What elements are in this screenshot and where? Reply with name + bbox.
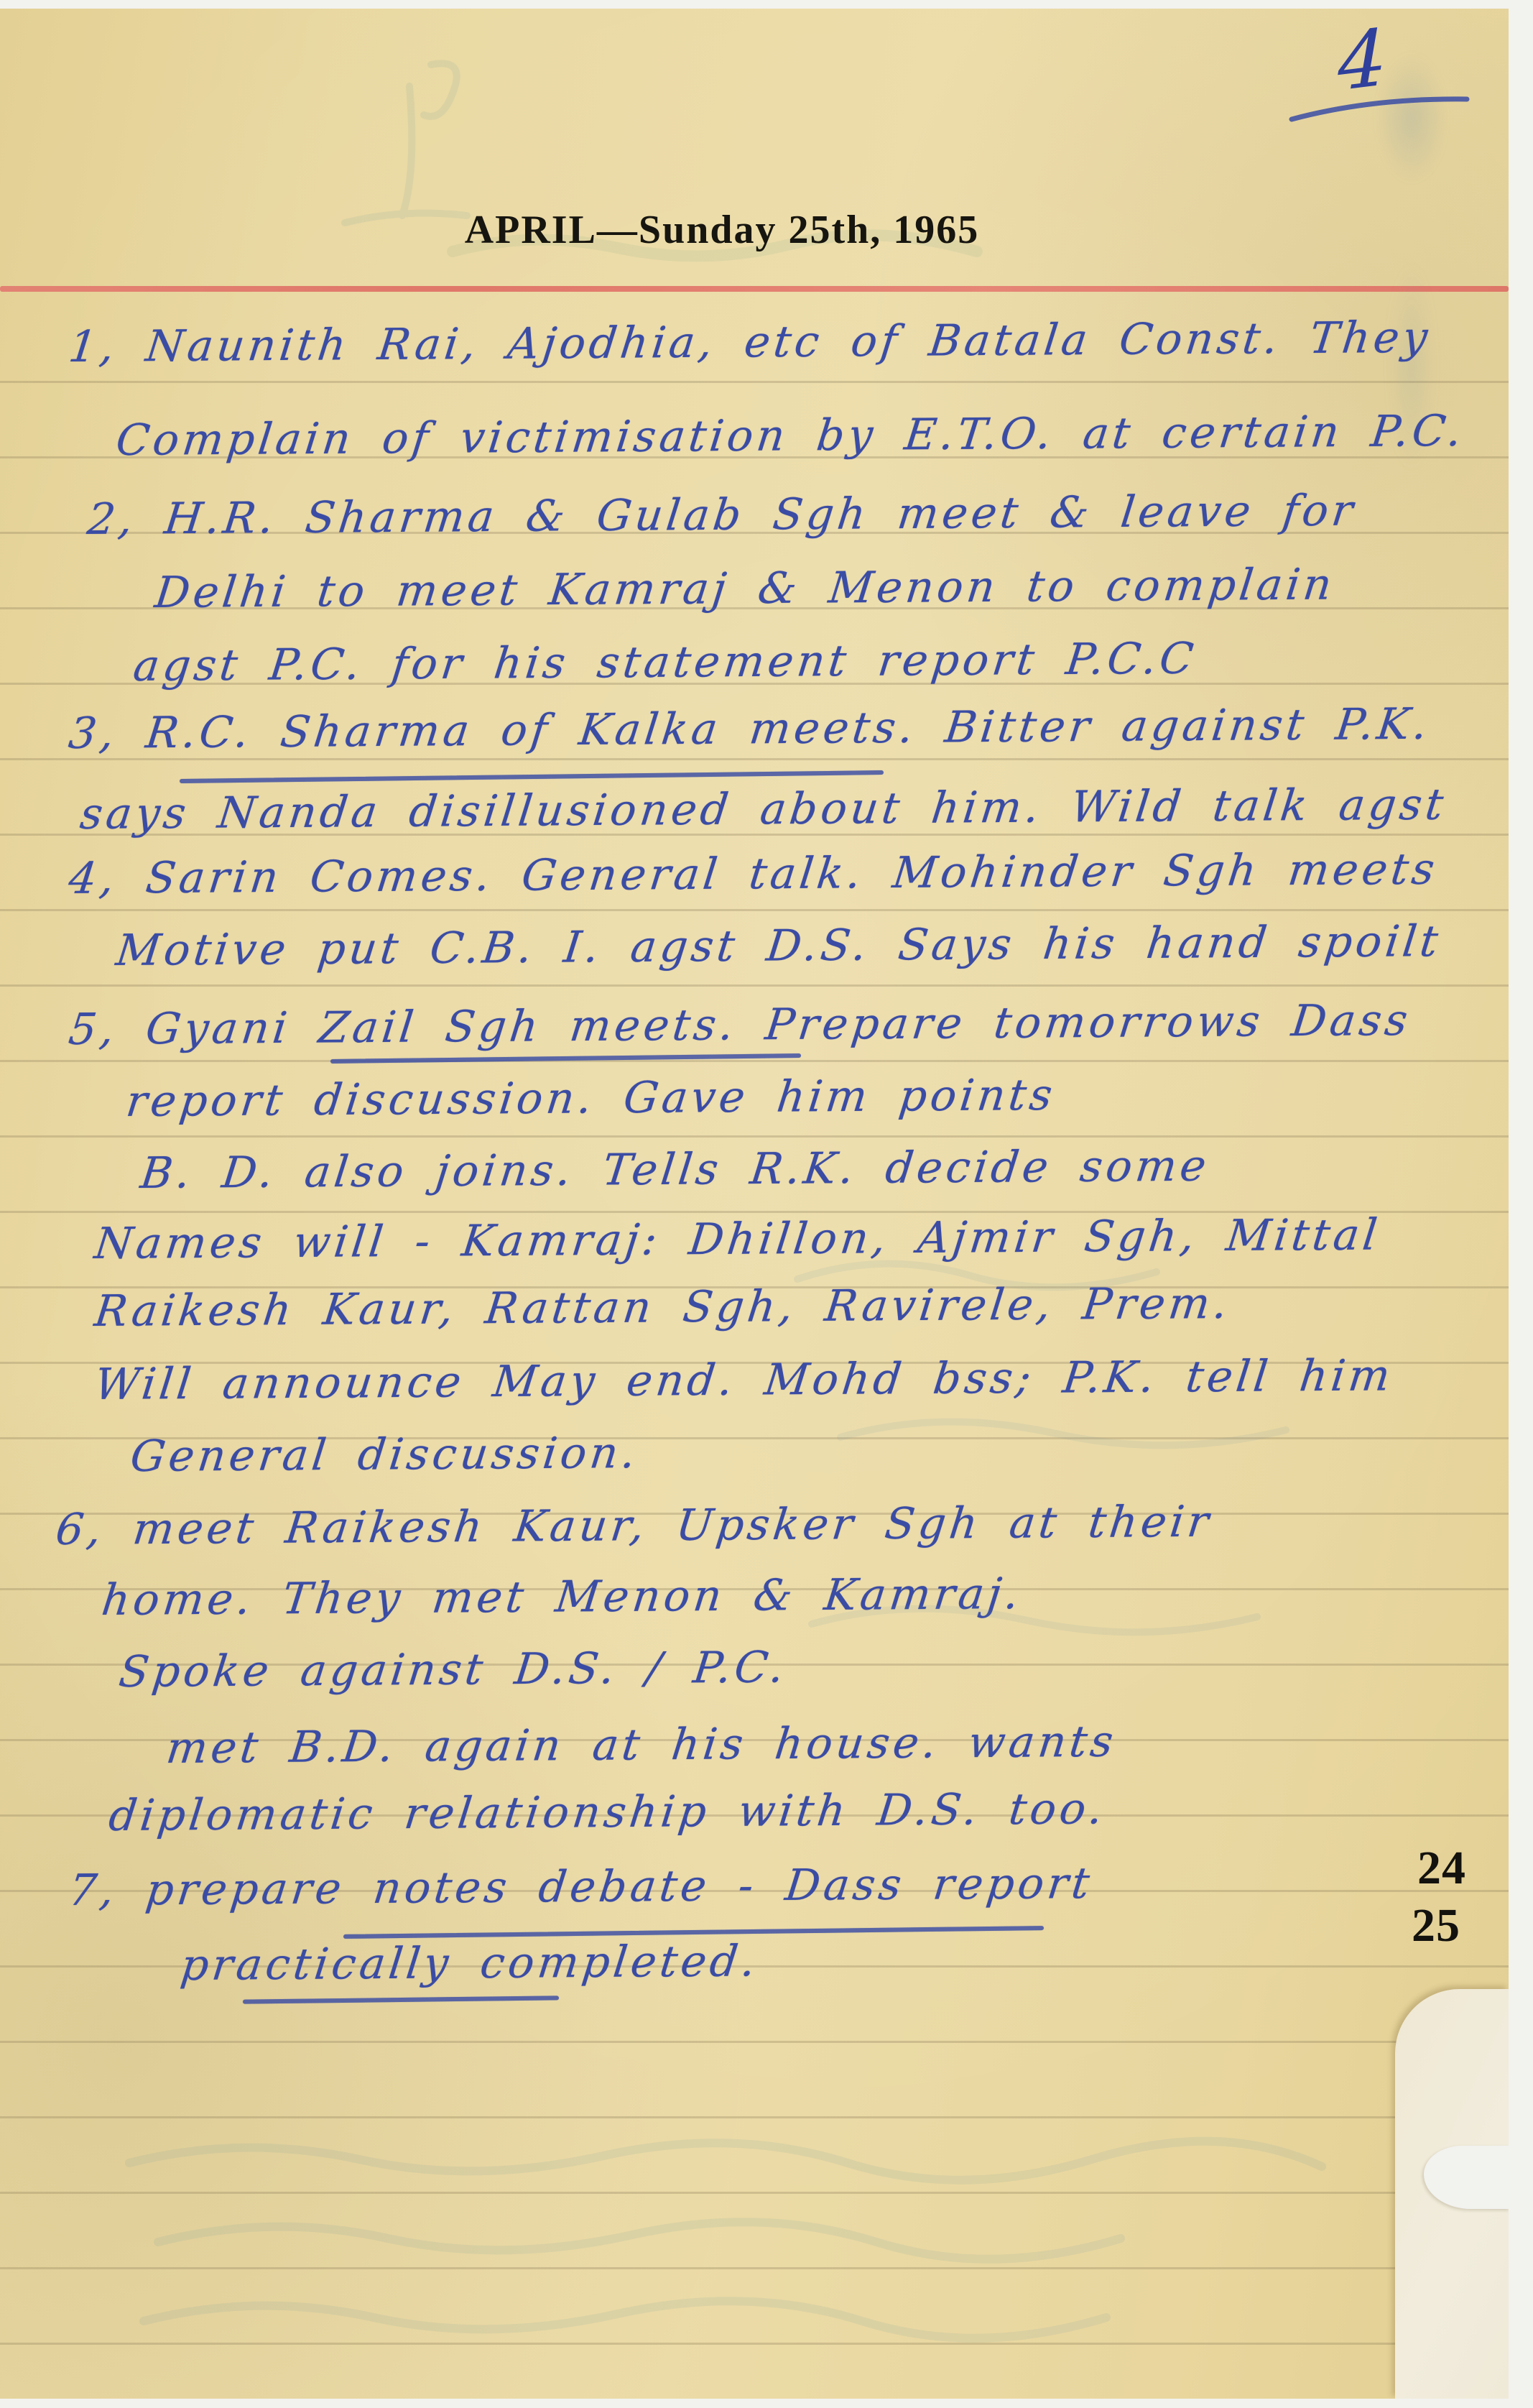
handwriting-line: B. D. also joins. Tells R.K. decide some: [138, 1141, 1212, 1199]
printed-page-number-25: 25: [1397, 1899, 1476, 1953]
handwriting-line: 1, Naunith Rai, Ajodhia, etc of Batala C…: [66, 313, 1434, 372]
handwriting-line: 7, prepare notes debate - Dass report: [66, 1858, 1096, 1916]
printed-date-header: APRIL—Sunday 25th, 1965: [0, 207, 1444, 253]
handwriting-line: 5, Gyani Zail Sgh meets. Prepare tomorro…: [66, 995, 1414, 1055]
printed-red-head-rule: [0, 286, 1509, 292]
handwriting-line: agst P.C. for his statement report P.C.C: [131, 634, 1200, 691]
handwriting-line: home. They met Menon & Kamraj.: [99, 1569, 1025, 1625]
handwriting-line: report discussion. Gave him points: [124, 1070, 1058, 1127]
handwriting-line: diplomatic relationship with D.S. too.: [106, 1784, 1108, 1841]
handwriting-line: Delhi to meet Kamraj & Menon to complain: [152, 560, 1338, 618]
handwriting-line: Names will - Kamraj: Dhillon, Ajmir Sgh,…: [92, 1210, 1383, 1269]
printed-page-number-24: 24: [1402, 1841, 1481, 1896]
handwriting-line: General discussion.: [128, 1428, 642, 1482]
handwriting-line: 2, H.R. Sharma & Gulab Sgh meet & leave …: [85, 486, 1359, 545]
handwriting-line: says Nanda disillusioned about him. Wild…: [78, 780, 1450, 839]
scan-border: [0, 0, 1533, 9]
handwriting-line: Will announce May end. Mohd bss; P.K. te…: [92, 1350, 1396, 1410]
handwriting-line: 3, R.C. Sharma of Kalka meets. Bitter ag…: [66, 699, 1433, 759]
handwriting-line: Spoke against D.S. / P.C.: [116, 1643, 790, 1697]
handwriting-line: practically completed.: [178, 1936, 761, 1990]
handwriting-line: Motive put C.B. I. agst D.S. Says his ha…: [114, 916, 1444, 976]
scanned-diary-page: { "diary": { "corner_annotation": "4", "…: [0, 0, 1533, 2408]
handwriting-line: 6, meet Raikesh Kaur, Upsker Sgh at thei…: [53, 1497, 1215, 1555]
scan-border: [0, 2399, 1533, 2408]
handwriting-line: 4, Sarin Comes. General talk. Mohinder S…: [66, 844, 1440, 904]
scan-border: [1509, 0, 1533, 2408]
handwriting-line: Raikesh Kaur, Rattan Sgh, Ravirele, Prem…: [92, 1278, 1233, 1337]
handwriting-line: met B.D. again at his house. wants: [164, 1717, 1119, 1773]
handwriting-line: Complain of victimisation by E.T.O. at c…: [114, 406, 1468, 466]
corner-number-underline: [1286, 72, 1473, 129]
ink-smudge: [1379, 216, 1444, 517]
